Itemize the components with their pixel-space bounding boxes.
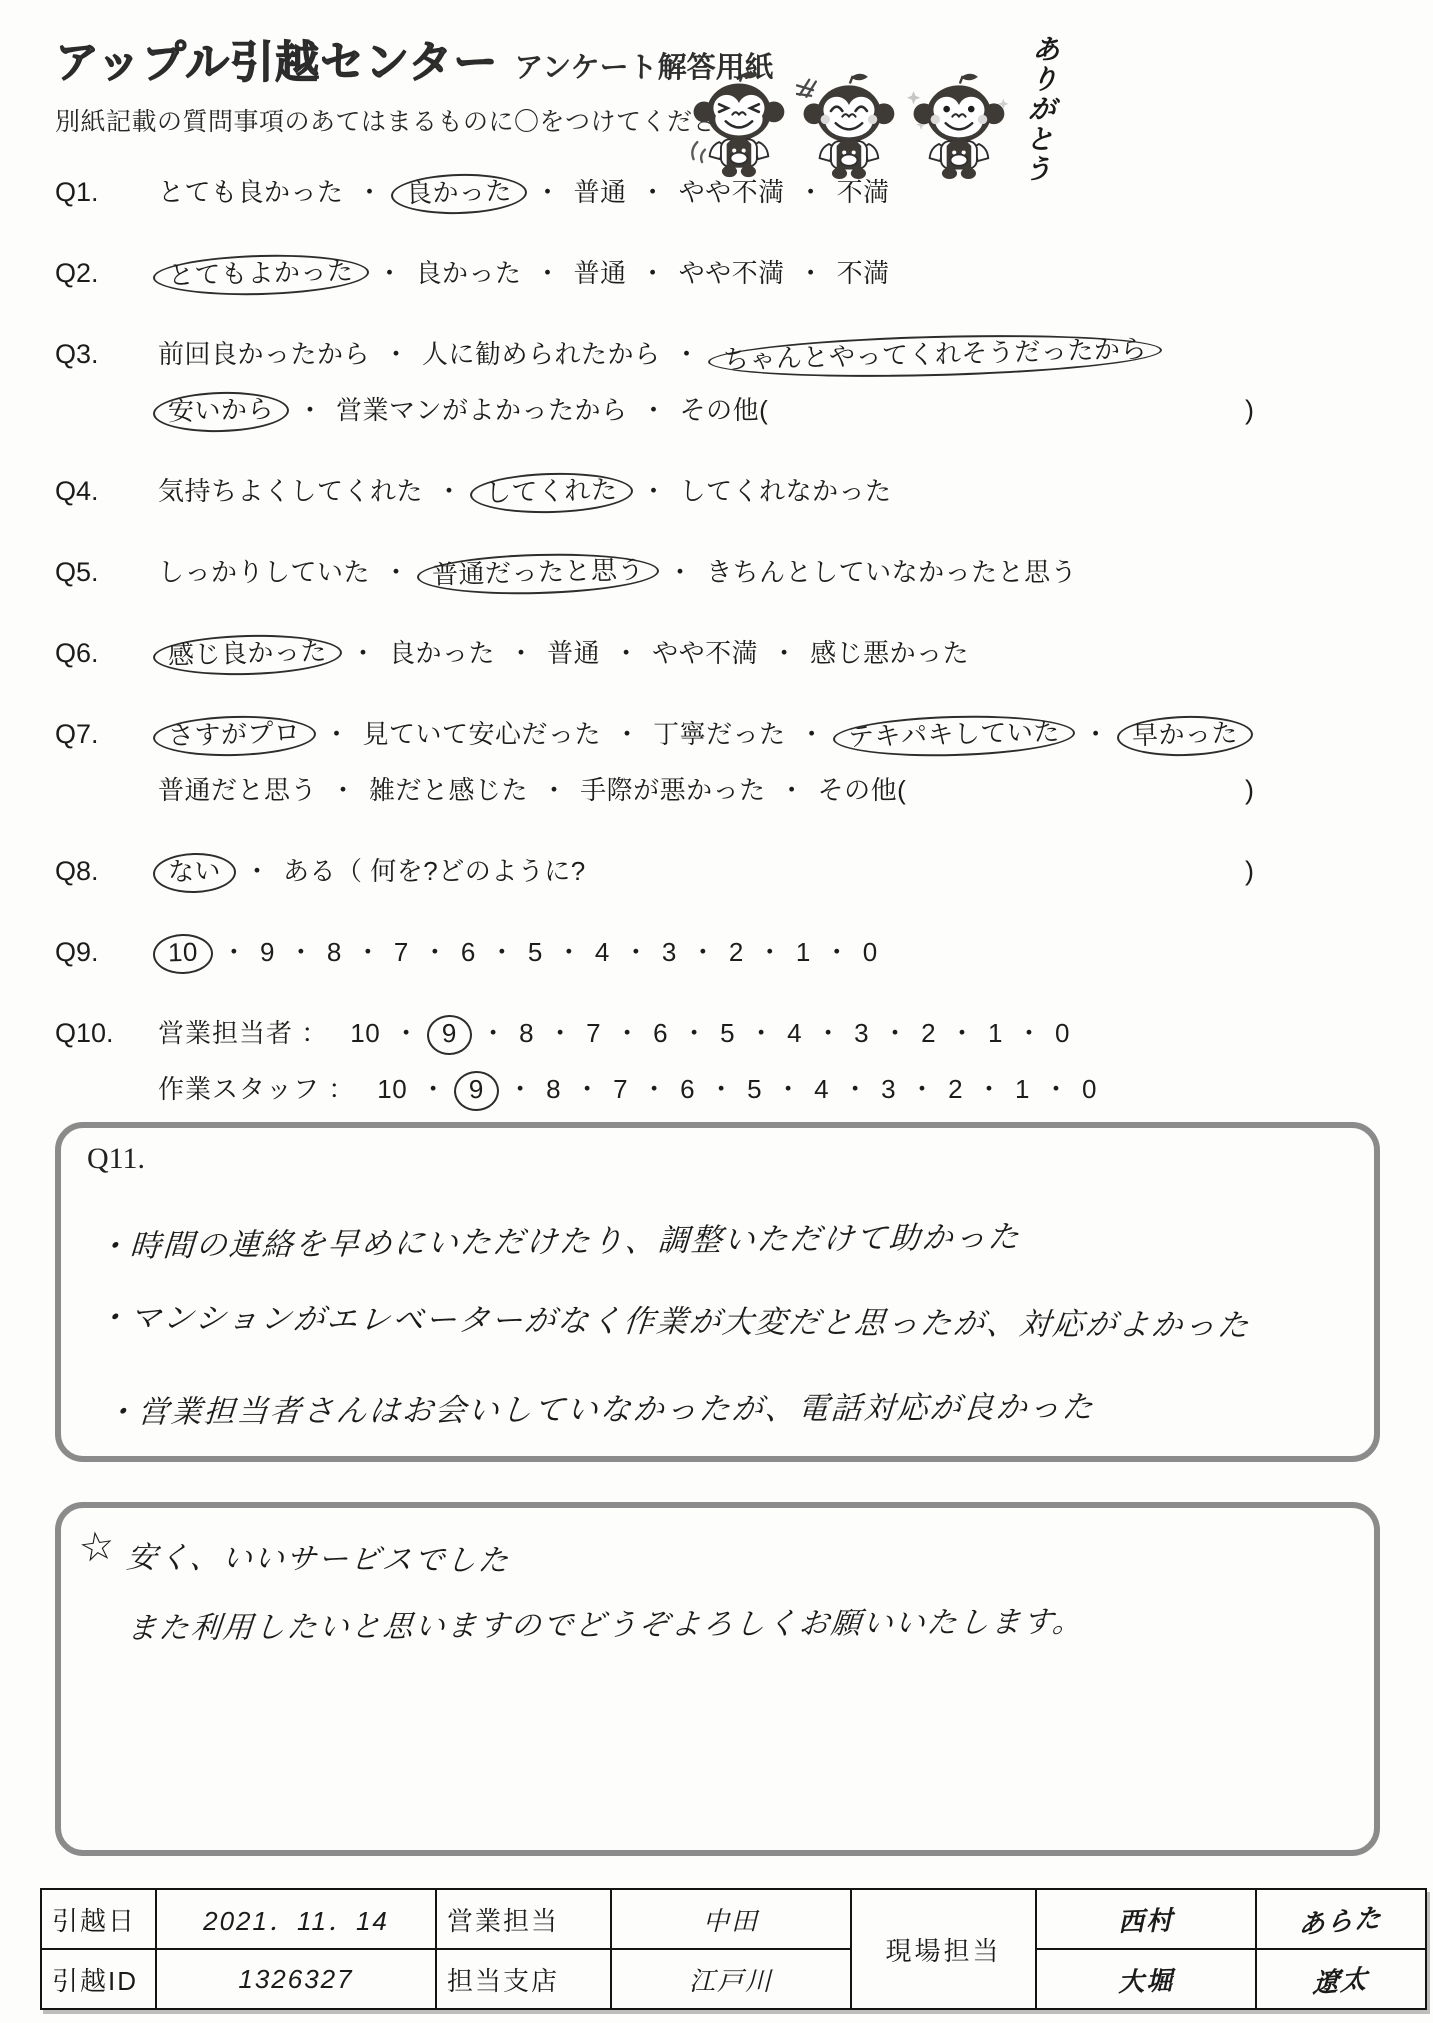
option-separator: ・ (221, 937, 247, 967)
option-separator: ・ (798, 258, 824, 288)
question-label: Q3. (55, 332, 158, 376)
option-separator: ・ (824, 937, 850, 967)
option-text: やや不満 (679, 177, 785, 207)
option-text: 10 (350, 1018, 380, 1048)
site-staff-name-1: 西村 (1035, 1885, 1257, 1953)
question-line: Q7.さすがプロ・見ていて安心だった・丁寧だった・テキパキしていた・早かった (55, 712, 1390, 756)
option-separator: ・ (393, 1018, 419, 1048)
option-circled: してくれた (470, 471, 634, 515)
option-text: 7 (586, 1018, 601, 1048)
table-row: 引越ID 1326327 担当支店 江戸川 大堀 遼太 (41, 1949, 1426, 2009)
option-separator: ・ (357, 177, 383, 207)
option-separator: ・ (480, 1018, 506, 1048)
option-separator: ・ (614, 719, 640, 749)
option-text: ある（ 何を?どのように? (283, 856, 586, 886)
option-circled: 安いから (153, 390, 290, 433)
option-text: やや不満 (679, 258, 785, 288)
option-separator: ・ (355, 937, 381, 967)
question-line: 安いから・営業マンがよかったから・その他() (55, 388, 1390, 432)
question-label: Q6. (55, 631, 158, 675)
option-text: 9 (260, 937, 275, 967)
option-text: 3 (854, 1018, 869, 1048)
option-separator: ・ (383, 339, 409, 369)
option-text: 1 (988, 1018, 1003, 1048)
option-text: 良かった (389, 638, 495, 668)
monkey-wink-icon (686, 70, 790, 184)
option-text: 7 (613, 1074, 628, 1104)
option-separator: ・ (613, 638, 639, 668)
option-text: 1 (1015, 1074, 1030, 1104)
option-text: 雑だと感じた (369, 775, 528, 805)
option-text: 人に勧められたから (422, 339, 661, 369)
option-text: 5 (528, 937, 543, 967)
option-text: 前回良かったから (158, 339, 370, 369)
question-label: Q4. (55, 469, 158, 513)
option-circled: 10 (152, 933, 213, 974)
table-row: 引越日 2021．11．14 営業担当 中田 現場担当 西村 あらた (41, 1889, 1426, 1949)
option-group-label: 営業担当者 ： (158, 1018, 328, 1048)
option-separator: ・ (288, 937, 314, 967)
option-separator: ・ (641, 476, 667, 506)
option-text: 感じ悪かった (810, 638, 969, 668)
option-separator: ・ (690, 937, 716, 967)
option-text: 5 (747, 1074, 762, 1104)
question-line: Q8.ない・ある（ 何を?どのように?) (55, 849, 1390, 893)
option-circled: テキパキしていた (832, 713, 1075, 759)
question-label: Q8. (55, 849, 158, 893)
option-circled: 良かった (390, 172, 527, 215)
option-text: 良かった (416, 258, 522, 288)
option-separator: ・ (641, 1074, 667, 1104)
option-separator: ・ (350, 638, 376, 668)
option-separator: ・ (1043, 1074, 1069, 1104)
option-text: 10 (377, 1074, 407, 1104)
handwritten-comment-2: ・マンションがエレベーターがなく作業が大変だと思ったが、対応がよかった (95, 1292, 1253, 1345)
question-label: Q9. (55, 930, 158, 974)
option-text: 6 (461, 937, 476, 967)
option-text: その他( (818, 775, 907, 805)
option-text: 8 (327, 937, 342, 967)
footer-table: 引越日 2021．11．14 営業担当 中田 現場担当 西村 あらた 引越ID … (40, 1888, 1427, 2010)
option-separator: ・ (909, 1074, 935, 1104)
question-line: Q10.営業担当者 ：10・9・8・7・6・5・4・3・2・1・0 (55, 1011, 1390, 1055)
option-text: 普通 (574, 177, 627, 207)
option-separator: ・ (681, 1018, 707, 1048)
option-text: 営業マンがよかったから (336, 395, 628, 425)
option-text: しっかりしていた (158, 557, 370, 587)
move-date-label: 引越日 (41, 1889, 156, 1949)
option-text: 2 (921, 1018, 936, 1048)
handwritten-free-comment-1: 安く、いいサービスでした (125, 1532, 513, 1579)
option-circled: 普通だったと思う (417, 551, 660, 597)
option-separator: ・ (541, 775, 567, 805)
option-circled: ちゃんとやってくれそうだったから (707, 330, 1162, 382)
option-text: 4 (595, 937, 610, 967)
option-text: とても良かった (158, 177, 344, 207)
option-group-label: 作業スタッフ ： (158, 1074, 355, 1104)
option-separator: ・ (641, 395, 667, 425)
option-separator: ・ (779, 775, 805, 805)
option-separator: ・ (508, 638, 534, 668)
option-separator: ・ (574, 1074, 600, 1104)
option-text: 5 (720, 1018, 735, 1048)
option-text: してくれなかった (680, 476, 892, 506)
option-separator: ・ (244, 856, 270, 886)
site-staff-label: 現場担当 (851, 1889, 1036, 2009)
option-text: 8 (546, 1074, 561, 1104)
option-circled: とてもよかった (153, 252, 369, 298)
option-separator: ・ (614, 1018, 640, 1048)
option-separator: ・ (976, 1074, 1002, 1104)
option-text: 6 (680, 1074, 695, 1104)
option-separator: ・ (535, 258, 561, 288)
option-circled: ない (152, 852, 236, 894)
option-separator: ・ (640, 177, 666, 207)
option-separator: ・ (535, 177, 561, 207)
option-text: 4 (814, 1074, 829, 1104)
q11-label: Q11. (87, 1142, 145, 1176)
option-separator: ・ (799, 719, 825, 749)
option-circled: 感じ良かった (153, 633, 343, 678)
option-text: 気持ちよくしてくれた (158, 476, 423, 506)
brand-logo: アップル引越センター (55, 26, 498, 90)
mascot-group: ありがとう (686, 34, 1060, 184)
option-text: 0 (1055, 1018, 1070, 1048)
option-text: 7 (394, 937, 409, 967)
survey-sheet: アップル引越センター アンケート解答用紙 別紙記載の質問事項のあてはまるものに〇… (0, 0, 1433, 2023)
option-separator: ・ (748, 1018, 774, 1048)
option-text: 普通 (574, 258, 627, 288)
option-text: 不満 (837, 177, 890, 207)
option-separator: ・ (882, 1018, 908, 1048)
question-line: 普通だと思う・雑だと感じた・手際が悪かった・その他() (55, 768, 1390, 812)
option-text: 不満 (837, 258, 890, 288)
header: アップル引越センター アンケート解答用紙 別紙記載の質問事項のあてはまるものに〇… (55, 26, 774, 138)
option-separator: ・ (489, 937, 515, 967)
option-separator: ・ (556, 937, 582, 967)
option-separator: ・ (436, 476, 462, 506)
question-label: Q2. (55, 251, 158, 295)
option-separator: ・ (383, 557, 409, 587)
thanks-vertical-text: ありがとう (1015, 33, 1065, 185)
option-separator: ・ (420, 1074, 446, 1104)
option-separator: ・ (842, 1074, 868, 1104)
free-comment-box: ☆ 安く、いいサービスでした また利用したいと思いますのでどうぞよろしくお願いい… (55, 1502, 1380, 1856)
option-separator: ・ (757, 937, 783, 967)
handwritten-comment-1: ・時間の連絡を早めにいただけたり、調整いただけて助かった (96, 1211, 1023, 1266)
site-staff-name-2: 大堀 (1035, 1945, 1257, 2013)
question-line: 作業スタッフ ：10・9・8・7・6・5・4・3・2・1・0 (55, 1067, 1390, 1111)
option-separator: ・ (674, 339, 700, 369)
option-text: やや不満 (652, 638, 758, 668)
option-separator: ・ (507, 1074, 533, 1104)
option-separator: ・ (640, 258, 666, 288)
option-text: 見ていて安心だった (363, 719, 602, 749)
question-line: Q2.とてもよかった・良かった・普通・やや不満・不満 (55, 251, 1390, 295)
question-label: Q1. (55, 170, 158, 214)
option-circled: 早かった (1116, 714, 1253, 757)
question-line: Q3.前回良かったから・人に勧められたから・ちゃんとやってくれそうだったから (55, 332, 1390, 376)
option-text: 0 (863, 937, 878, 967)
option-text: 丁寧だった (653, 719, 786, 749)
option-text: 2 (948, 1074, 963, 1104)
star-mark: ☆ (76, 1522, 120, 1573)
sales-value: 中田 (611, 1889, 851, 1949)
option-separator: ・ (815, 1018, 841, 1048)
handwritten-comment-3: ・営業担当者さんはお会いしていなかったが、電話対応が良かった (104, 1381, 1097, 1431)
option-text: 8 (519, 1018, 534, 1048)
option-separator: ・ (798, 177, 824, 207)
option-text: その他( (680, 395, 769, 425)
option-circled: さすがプロ (153, 714, 317, 758)
instruction-text: 別紙記載の質問事項のあてはまるものに〇をつけてください。 (55, 102, 774, 138)
option-text: 6 (653, 1018, 668, 1048)
option-separator: ・ (1016, 1018, 1042, 1048)
option-separator: ・ (297, 395, 323, 425)
question-line: Q1.とても良かった・良かった・普通・やや不満・不満 (55, 170, 1390, 214)
q11-comment-box: Q11. ・時間の連絡を早めにいただけたり、調整いただけて助かった ・マンション… (55, 1122, 1380, 1462)
question-label: Q5. (55, 550, 158, 594)
option-separator: ・ (330, 775, 356, 805)
question-label: Q7. (55, 712, 158, 756)
option-text: きちんとしていなかったと思う (706, 557, 1077, 587)
close-paren: ) (1245, 388, 1254, 432)
questions-list: Q1.とても良かった・良かった・普通・やや不満・不満Q2.とてもよかった・良かっ… (55, 170, 1390, 1111)
monkey-smile-icon (906, 70, 1010, 184)
move-id-label: 引越ID (41, 1949, 156, 2009)
option-separator: ・ (324, 719, 350, 749)
option-separator: ・ (775, 1074, 801, 1104)
branch-label: 担当支店 (436, 1949, 611, 2009)
option-text: 普通だと思う (158, 775, 317, 805)
option-separator: ・ (949, 1018, 975, 1048)
monkey-happy-icon (796, 70, 900, 184)
option-separator: ・ (623, 937, 649, 967)
option-separator: ・ (1083, 719, 1109, 749)
question-line: Q4.気持ちよくしてくれた・してくれた・してくれなかった (55, 469, 1390, 513)
option-text: 2 (729, 937, 744, 967)
question-line: Q9.10・9・8・7・6・5・4・3・2・1・0 (55, 930, 1390, 974)
handwritten-free-comment-2: また利用したいと思いますのでどうぞよろしくお願いいたします。 (125, 1597, 1086, 1648)
option-separator: ・ (708, 1074, 734, 1104)
option-text: 4 (787, 1018, 802, 1048)
question-line: Q5.しっかりしていた・普通だったと思う・きちんとしていなかったと思う (55, 550, 1390, 594)
close-paren: ) (1245, 849, 1254, 893)
option-separator: ・ (771, 638, 797, 668)
option-text: 3 (881, 1074, 896, 1104)
option-circled: 9 (454, 1070, 500, 1111)
option-separator: ・ (377, 258, 403, 288)
option-circled: 9 (427, 1014, 473, 1055)
option-text: 3 (662, 937, 677, 967)
option-separator: ・ (547, 1018, 573, 1048)
option-separator: ・ (667, 557, 693, 587)
move-date-value: 2021．11．14 (156, 1889, 436, 1949)
question-line: Q6.感じ良かった・良かった・普通・やや不満・感じ悪かった (55, 631, 1390, 675)
option-text: 普通 (547, 638, 600, 668)
question-label: Q10. (55, 1011, 158, 1055)
option-text: 0 (1082, 1074, 1097, 1104)
branch-value: 江戸川 (611, 1949, 851, 2009)
option-text: 1 (796, 937, 811, 967)
close-paren: ) (1245, 768, 1254, 812)
option-separator: ・ (422, 937, 448, 967)
move-id-value: 1326327 (156, 1949, 436, 2009)
option-text: 手際が悪かった (580, 775, 766, 805)
sales-label: 営業担当 (436, 1889, 611, 1949)
